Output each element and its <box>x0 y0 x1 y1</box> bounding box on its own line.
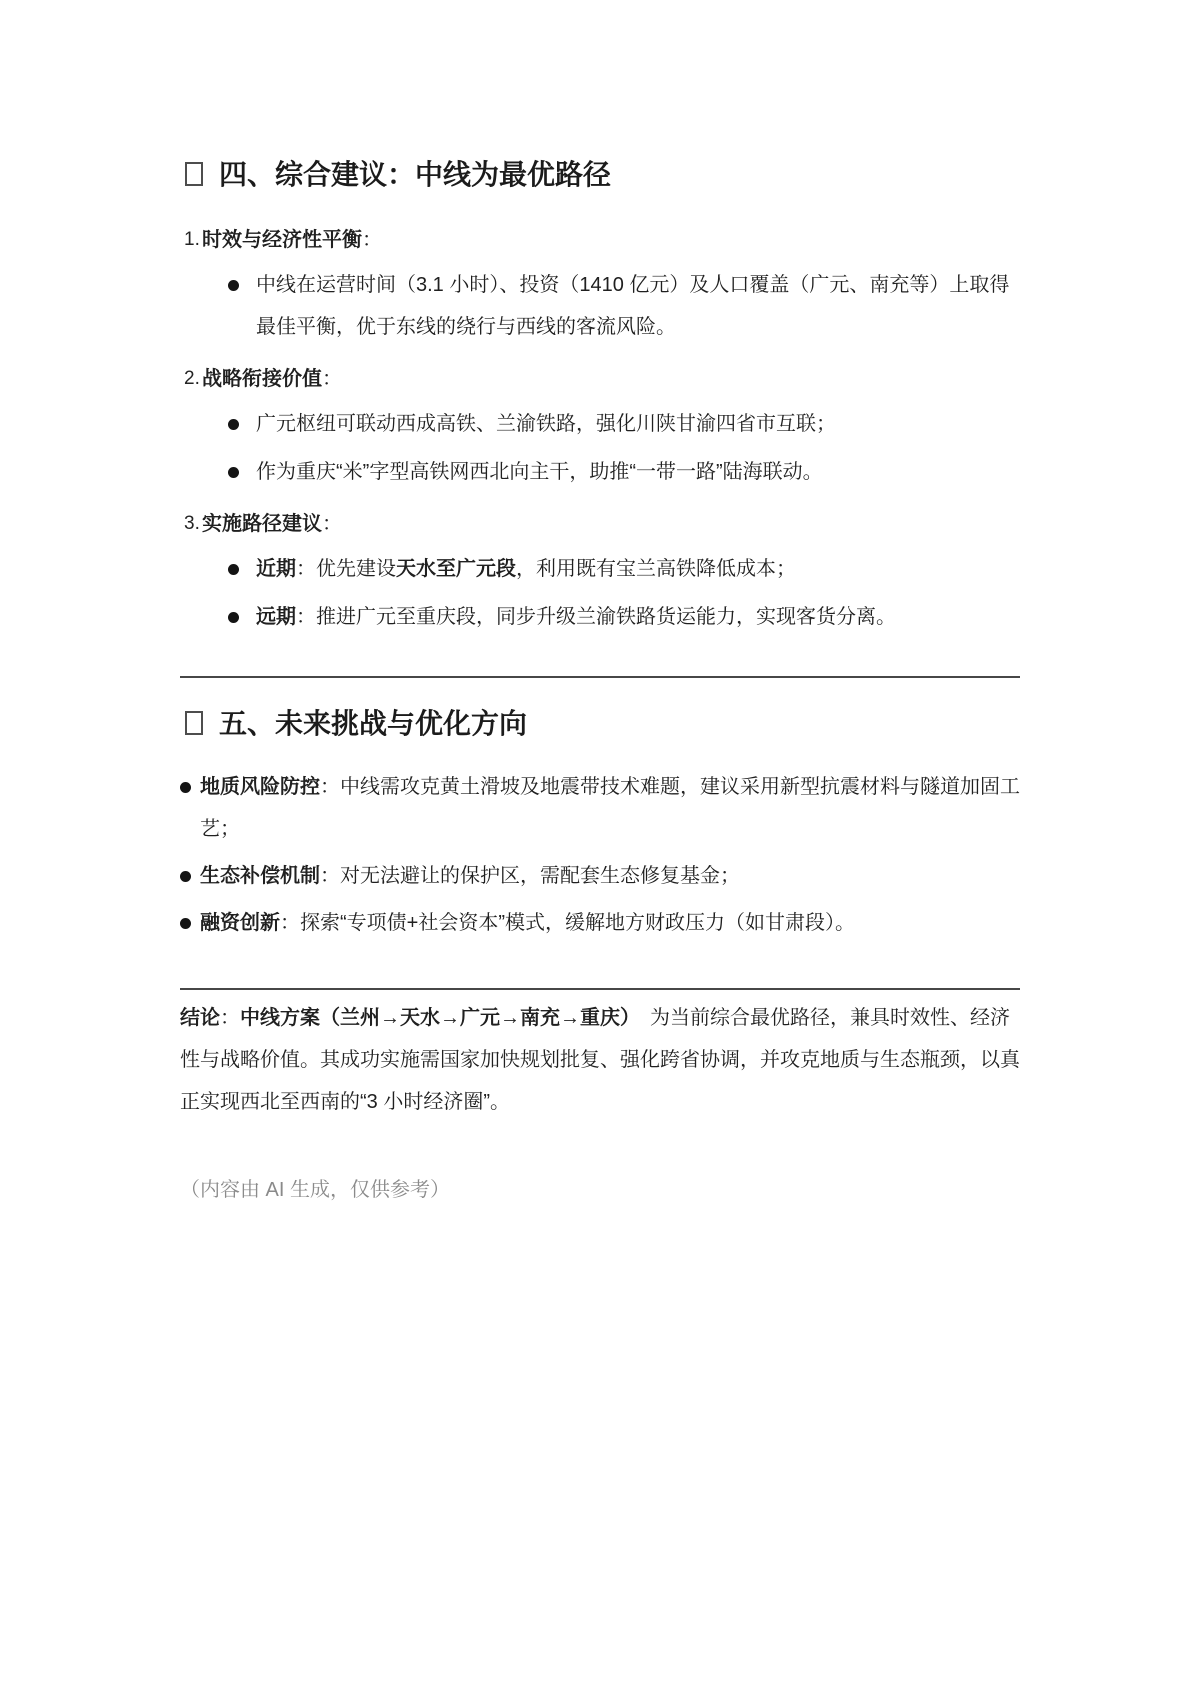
bullet-item: 广元枢纽可联动西成高铁、兰渝铁路，强化川陕甘渝四省市互联； <box>228 403 1020 445</box>
colon: ： <box>322 368 342 390</box>
bullet-text-segment: 探索“专项债+社会资本”模式，缓解地方财政压力（如甘肃段）。 <box>300 912 855 934</box>
bullet-text: 作为重庆“米”字型高铁网西北向主干，助推“一带一路”陆海联动。 <box>256 451 1020 493</box>
colon: ： <box>322 513 342 535</box>
bullet-text: 近期：优先建设天水至广元段，利用既有宝兰高铁降低成本； <box>256 548 1020 590</box>
bullet-bold-segment: 天水至广元段 <box>396 558 516 580</box>
item-label-line: 战略衔接价值： <box>202 358 1020 400</box>
colon: ： <box>220 1007 240 1029</box>
document-page: 四、综合建议：中线为最优路径 1. 时效与经济性平衡： 中线在运营时间（3.1 … <box>0 0 1200 1211</box>
colon: ： <box>320 776 340 798</box>
bullet-text: 远期：推进广元至重庆段，同步升级兰渝铁路货运能力，实现客货分离。 <box>256 596 1020 638</box>
bullet-text-segment: ，利用既有宝兰高铁降低成本； <box>516 558 796 580</box>
missing-emoji-icon <box>185 162 203 186</box>
conclusion-route: 中线方案（兰州→天水→广元→南充→重庆） <box>240 1007 630 1029</box>
bullet-label: 地质风险防控 <box>200 776 320 798</box>
colon: ： <box>320 865 340 887</box>
section-4-title: 四、综合建议：中线为最优路径 <box>219 155 611 195</box>
conclusion-paragraph: 结论：中线方案（兰州→天水→广元→南充→重庆） 为当前综合最优路径，兼具时效性、… <box>180 997 1020 1123</box>
bullet-item: 生态补偿机制：对无法避让的保护区，需配套生态修复基金； <box>180 855 1020 897</box>
missing-emoji-icon <box>185 711 203 735</box>
bullet-text: 地质风险防控：中线需攻克黄土滑坡及地震带技术难题，建议采用新型抗震材料与隧道加固… <box>200 766 1020 850</box>
item-label: 时效与经济性平衡 <box>202 229 362 251</box>
section-divider <box>180 676 1020 678</box>
bullet-text: 融资创新：探索“专项债+社会资本”模式，缓解地方财政压力（如甘肃段）。 <box>200 902 1020 944</box>
bullet-label: 融资创新 <box>200 912 280 934</box>
numbered-item-2: 2. 战略衔接价值： 广元枢纽可联动西成高铁、兰渝铁路，强化川陕甘渝四省市互联；… <box>180 358 1020 493</box>
item-number: 2. <box>180 358 202 493</box>
bullet-label: 远期 <box>256 606 296 628</box>
item-body: 实施路径建议： 近期：优先建设天水至广元段，利用既有宝兰高铁降低成本； 远期：推… <box>202 503 1020 638</box>
colon: ： <box>296 606 316 628</box>
bullet-icon <box>180 782 191 793</box>
numbered-item-1: 1. 时效与经济性平衡： 中线在运营时间（3.1 小时）、投资（1410 亿元）… <box>180 219 1020 348</box>
section-4-heading: 四、综合建议：中线为最优路径 <box>180 155 1020 195</box>
bullet-item: 远期：推进广元至重庆段，同步升级兰渝铁路货运能力，实现客货分离。 <box>228 596 1020 638</box>
bullet-icon <box>228 564 239 575</box>
item-label: 战略衔接价值 <box>202 368 322 390</box>
colon: ： <box>362 229 382 251</box>
bullet-item: 融资创新：探索“专项债+社会资本”模式，缓解地方财政压力（如甘肃段）。 <box>180 902 1020 944</box>
bullet-item: 中线在运营时间（3.1 小时）、投资（1410 亿元）及人口覆盖（广元、南充等）… <box>228 264 1020 348</box>
numbered-item-3: 3. 实施路径建议： 近期：优先建设天水至广元段，利用既有宝兰高铁降低成本； 远… <box>180 503 1020 638</box>
bullet-text-segment: 对无法避让的保护区，需配套生态修复基金； <box>340 865 740 887</box>
item-body: 战略衔接价值： 广元枢纽可联动西成高铁、兰渝铁路，强化川陕甘渝四省市互联； 作为… <box>202 358 1020 493</box>
bullet-text: 广元枢纽可联动西成高铁、兰渝铁路，强化川陕甘渝四省市互联； <box>256 403 1020 445</box>
challenge-bullet-list: 地质风险防控：中线需攻克黄土滑坡及地震带技术难题，建议采用新型抗震材料与隧道加固… <box>180 766 1020 944</box>
bullet-text-segment: 优先建设 <box>316 558 396 580</box>
bullet-icon <box>228 612 239 623</box>
item-number: 3. <box>180 503 202 638</box>
section-divider <box>180 988 1020 990</box>
bullet-text: 中线在运营时间（3.1 小时）、投资（1410 亿元）及人口覆盖（广元、南充等）… <box>256 264 1020 348</box>
nested-bullet-list: 近期：优先建设天水至广元段，利用既有宝兰高铁降低成本； 远期：推进广元至重庆段，… <box>202 548 1020 638</box>
bullet-icon <box>180 918 191 929</box>
nested-bullet-list: 广元枢纽可联动西成高铁、兰渝铁路，强化川陕甘渝四省市互联； 作为重庆“米”字型高… <box>202 403 1020 493</box>
bullet-icon <box>228 419 239 430</box>
bullet-icon <box>228 280 239 291</box>
bullet-text-segment: 推进广元至重庆段，同步升级兰渝铁路货运能力，实现客货分离。 <box>316 606 896 628</box>
colon: ： <box>296 558 316 580</box>
recommendation-list: 1. 时效与经济性平衡： 中线在运营时间（3.1 小时）、投资（1410 亿元）… <box>180 219 1020 638</box>
bullet-text: 生态补偿机制：对无法避让的保护区，需配套生态修复基金； <box>200 855 1020 897</box>
bullet-icon <box>228 467 239 478</box>
item-label: 实施路径建议 <box>202 513 322 535</box>
item-number: 1. <box>180 219 202 348</box>
bullet-label: 近期 <box>256 558 296 580</box>
item-body: 时效与经济性平衡： 中线在运营时间（3.1 小时）、投资（1410 亿元）及人口… <box>202 219 1020 348</box>
conclusion-label: 结论 <box>180 1007 220 1029</box>
bullet-icon <box>180 871 191 882</box>
bullet-item: 地质风险防控：中线需攻克黄土滑坡及地震带技术难题，建议采用新型抗震材料与隧道加固… <box>180 766 1020 850</box>
nested-bullet-list: 中线在运营时间（3.1 小时）、投资（1410 亿元）及人口覆盖（广元、南充等）… <box>202 264 1020 348</box>
ai-disclaimer: （内容由 AI 生成，仅供参考） <box>180 1169 1020 1211</box>
item-label-line: 时效与经济性平衡： <box>202 219 1020 261</box>
bullet-item: 作为重庆“米”字型高铁网西北向主干，助推“一带一路”陆海联动。 <box>228 451 1020 493</box>
bullet-item: 近期：优先建设天水至广元段，利用既有宝兰高铁降低成本； <box>228 548 1020 590</box>
colon: ： <box>280 912 300 934</box>
item-label-line: 实施路径建议： <box>202 503 1020 545</box>
section-5-heading: 五、未来挑战与优化方向 <box>180 704 1020 744</box>
bullet-label: 生态补偿机制 <box>200 865 320 887</box>
section-5-title: 五、未来挑战与优化方向 <box>219 704 527 744</box>
